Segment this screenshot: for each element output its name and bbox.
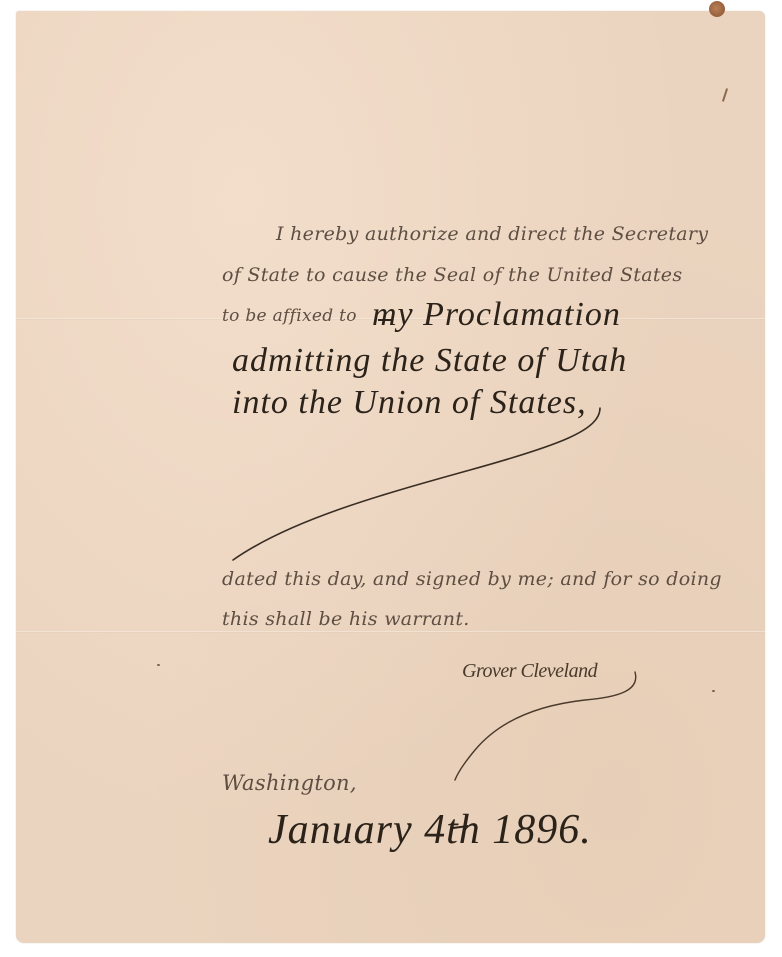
speck-mark [157,664,160,666]
printed-closing-line-1: dated this day, and signed by me; and fo… [222,568,722,590]
document-paper [16,11,765,943]
place-text: Washington, [222,771,357,795]
stain-mark [709,1,725,17]
handwritten-line-2: admitting the State of Utah [232,342,627,380]
printed-line-3: to be affixed to [222,306,357,326]
printed-line-2: of State to cause the Seal of the United… [222,264,682,286]
handwritten-line-3: into the Union of States, [232,384,587,422]
fold-line [16,631,765,633]
printed-closing-line-2: this shall be his warrant. [222,608,470,630]
signature: Grover Cleveland [462,660,597,683]
handwritten-line-1: my Proclamation [372,296,621,334]
speck-mark [712,690,715,692]
printed-line-1: I hereby authorize and direct the Secret… [276,223,708,245]
date-text: January 4th 1896. [268,806,592,854]
